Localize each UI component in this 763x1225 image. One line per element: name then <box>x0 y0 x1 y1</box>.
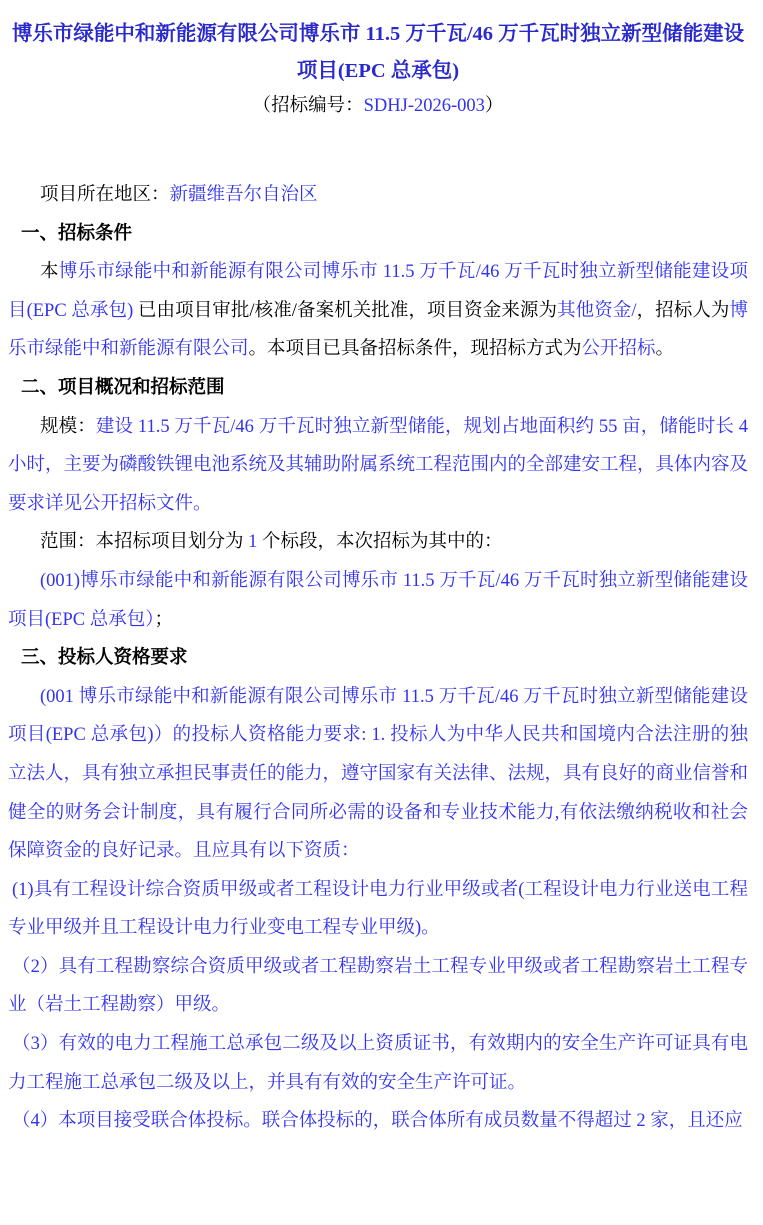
section-heading-bid-conditions: 一、招标条件 <box>8 215 748 254</box>
section-heading-bidder-qualification: 三、投标人资格要求 <box>8 639 748 678</box>
project-location-value: 新疆维吾尔自治区 <box>170 185 318 205</box>
tender-number-line: （招标编号：SDHJ-2026-003） <box>8 90 748 123</box>
text-segment: （2）具有工程勘察综合资质甲级或者工程勘察岩土工程专业甲级或者工程勘察岩土工程专… <box>8 957 748 1016</box>
text-segment: 规模： <box>40 417 96 437</box>
document-page: 博乐市绿能中和新能源有限公司博乐市 11.5 万千瓦/46 万千瓦时独立新型储能… <box>0 0 763 1225</box>
text-segment: ，招标人为 <box>637 301 730 321</box>
text-segment: (001)博乐市绿能中和新能源有限公司博乐市 11.5 万千瓦/46 万千瓦时独… <box>8 571 748 630</box>
project-location-line: 项目所在地区：新疆维吾尔自治区 <box>8 176 748 215</box>
text-segment: (1)具有工程设计综合资质甲级或者工程设计电力行业甲级或者(工程设计电力行业送电… <box>8 880 748 939</box>
text-segment: （3）有效的电力工程施工总承包二级及以上资质证书，有效期内的安全生产许可证具有电… <box>8 1034 748 1093</box>
text-segment: （4）本项目接受联合体投标。联合体投标的，联合体所有成员数量不得超过 2 家，且… <box>12 1111 743 1131</box>
paragraph-qualification-intro: (001 博乐市绿能中和新能源有限公司博乐市 11.5 万千瓦/46 万千瓦时独… <box>8 678 748 871</box>
tender-number-close: ） <box>485 96 504 116</box>
project-location-label: 项目所在地区： <box>40 185 170 205</box>
paragraph-bid-scope: 范围：本招标项目划分为 1 个标段，本次招标为其中的： <box>8 523 748 562</box>
text-segment: 本 <box>40 262 59 282</box>
text-segment: 已由项目审批/核准/备案机关批准，项目资金来源为 <box>133 301 557 321</box>
tender-number-label: （招标编号： <box>253 96 364 116</box>
paragraph-bid-conditions: 本博乐市绿能中和新能源有限公司博乐市 11.5 万千瓦/46 万千瓦时独立新型储… <box>8 253 748 369</box>
text-segment: 1 <box>248 532 257 552</box>
text-segment: 个标段，本次招标为其中的： <box>257 532 502 552</box>
text-segment: 范围：本招标项目划分为 <box>40 532 248 552</box>
paragraph-qualification-item-1: (1)具有工程设计综合资质甲级或者工程设计电力行业甲级或者(工程设计电力行业送电… <box>8 871 748 948</box>
section-heading-project-overview: 二、项目概况和招标范围 <box>8 369 748 408</box>
text-segment: 。本项目已具备招标条件，现招标方式为 <box>249 339 582 359</box>
paragraph-qualification-item-3: （3）有效的电力工程施工总承包二级及以上资质证书，有效期内的安全生产许可证具有电… <box>8 1025 748 1102</box>
text-segment: 其他资金/ <box>557 301 636 321</box>
document-title: 博乐市绿能中和新能源有限公司博乐市 11.5 万千瓦/46 万千瓦时独立新型储能… <box>8 16 748 90</box>
text-segment: ； <box>154 610 173 630</box>
text-segment: 公开招标 <box>582 339 656 359</box>
paragraph-qualification-item-4: （4）本项目接受联合体投标。联合体投标的，联合体所有成员数量不得超过 2 家，且… <box>8 1102 748 1141</box>
text-segment: (001 博乐市绿能中和新能源有限公司博乐市 11.5 万千瓦/46 万千瓦时独… <box>8 687 748 861</box>
text-segment: 。 <box>656 339 675 359</box>
paragraph-project-scale: 规模：建设 11.5 万千瓦/46 万千瓦时独立新型储能，规划占地面积约 55 … <box>8 408 748 524</box>
text-segment: 建设 11.5 万千瓦/46 万千瓦时独立新型储能，规划占地面积约 55 亩，储… <box>8 417 748 514</box>
paragraph-lot-001: (001)博乐市绿能中和新能源有限公司博乐市 11.5 万千瓦/46 万千瓦时独… <box>8 562 748 639</box>
paragraph-qualification-item-2: （2）具有工程勘察综合资质甲级或者工程勘察岩土工程专业甲级或者工程勘察岩土工程专… <box>8 948 748 1025</box>
tender-number-value: SDHJ-2026-003 <box>364 96 485 116</box>
